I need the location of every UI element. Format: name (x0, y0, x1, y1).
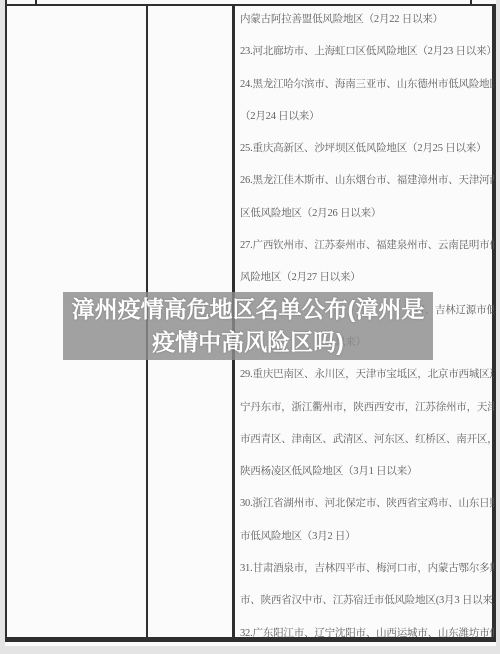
table-text-line: 市低风险地区（3月2 日） (240, 521, 494, 553)
document-screenshot: 内蒙古阿拉善盟低风险地区（2月22 日以来）23.河北廊坊市、上海虹口区低风险地… (0, 0, 500, 654)
table-text-line: 32.广东阳江市、辽宁沈阳市、山西运城市、山东潍坊市低 (240, 618, 494, 638)
table-text-line: 27.广西钦州市、江苏泰州市、福建泉州市、云南昆明市低 (240, 230, 494, 262)
table-text-line: 宁丹东市，浙江衢州市，陕西西安市，江苏徐州市，天津 (240, 392, 494, 424)
table-text-line: 24.黑龙江哈尔滨市、海南三亚市、山东德州市低风险地区 (240, 69, 494, 101)
table-text-line: 31.甘肃酒泉市，吉林四平市、梅河口市，内蒙古鄂尔多斯 (240, 553, 494, 585)
table-text-line: 区低风险地区（2月26 日以来） (240, 198, 494, 230)
table-text-line: 市西青区、津南区、武清区、河东区、红桥区、南开区， (240, 424, 494, 456)
table-text-line: 30.浙江省湖州市、河北保定市、陕西省宝鸡市、山东日照 (240, 488, 494, 520)
title-overlay: 漳州疫情高危地区名单公布(漳州是 疫情中高风险区吗) (63, 292, 433, 360)
table-text-line: 市、陕西省汉中市、江苏宿迁市低风险地区(3月3 日以来) (240, 585, 494, 617)
table-text-line: 风险地区（2月27 日以来） (240, 262, 494, 294)
table-text-line: 29.重庆巴南区、永川区，天津市宝坻区，北京市西城区辽 (240, 359, 494, 391)
overlay-title-line2: 疫情中高风险区吗) (152, 326, 344, 359)
table-text-line: 23.河北廊坊市、上海虹口区低风险地区（2月23 日以来） (240, 36, 494, 68)
table-text-line: 26.黑龙江佳木斯市、山东烟台市、福建漳州市、天津河西 (240, 165, 494, 197)
table-text-line: 25.重庆高新区、沙坪坝区低风险地区（2月25 日以来） (240, 133, 494, 165)
overlay-title-line1: 漳州疫情高危地区名单公布(漳州是 (72, 293, 425, 326)
table-text-line: 内蒙古阿拉善盟低风险地区（2月22 日以来） (240, 4, 494, 36)
table-border-left (5, 0, 7, 642)
table-text-line: （2月24 日以来） (240, 101, 494, 133)
table-border-stub-left (35, 0, 37, 4)
table-text-line: 陕西杨凌区低风险地区（3月1 日以来） (240, 456, 494, 488)
